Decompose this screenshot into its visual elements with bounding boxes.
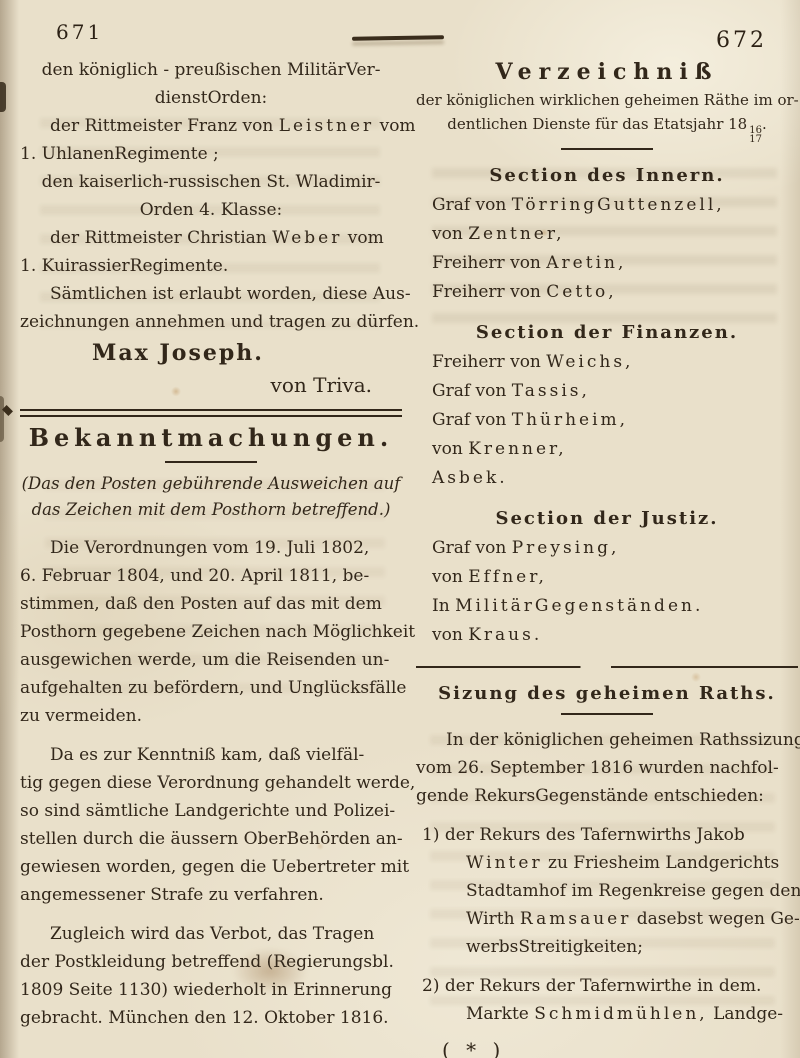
text-segment: 6. Februar 1804, und 20. April 1811, be- <box>20 566 369 586</box>
text-line: Freiherr von Cetto, <box>416 278 798 307</box>
text-line: Freiherr von Aretin, <box>416 249 798 278</box>
text-segment: werbsStreitigkeiten; <box>466 937 643 957</box>
text-segment: den kaiserlich-russischen St. Wladimir- <box>42 172 381 192</box>
text-segment: zu vermeiden. <box>20 706 142 726</box>
letterspaced-name: Thürheim, <box>512 410 628 430</box>
text-segment: In der königlichen geheimen Rathssizung <box>446 730 800 750</box>
text-segment: ( * ) <box>442 1038 505 1058</box>
text-segment: Zugleich wird das Verbot, das Tragen <box>50 924 374 944</box>
letterspaced-name: Section der Finanzen. <box>476 322 738 343</box>
section-heading-sizung: Sizung des geheimen Raths. <box>416 679 798 709</box>
text-segment: vom <box>342 228 383 248</box>
text-line: Asbek. <box>416 464 798 493</box>
text-segment: zu Friesheim Landgerichts <box>543 853 780 873</box>
text-segment: Stadtamhof im Regenkreise gegen den <box>466 881 800 901</box>
text-line: 1. UhlanenRegimente ; <box>20 140 402 168</box>
text-line: Graf von Tassis, <box>416 377 798 406</box>
text-line: In der königlichen geheimen Rathssizung <box>416 726 798 754</box>
text-segment: Wirth <box>466 909 520 929</box>
list-item-2: 2) der Rekurs der Tafernwirthe in dem. <box>416 972 798 1000</box>
text-line: Stadtamhof im Regenkreise gegen den <box>416 877 798 905</box>
text-line: von Krenner, <box>416 435 798 464</box>
signature-von-triva: von Triva. <box>20 370 402 400</box>
letterspaced-name: Zentner, <box>468 224 564 244</box>
text-line: Graf von TörringGuttenzell, <box>416 191 798 220</box>
text-segment: der Rittmeister Christian <box>50 228 272 248</box>
letterspaced-name: Schmidmühlen, <box>534 1004 707 1024</box>
letterspaced-name: Leistner <box>279 116 374 136</box>
signature-max-joseph: Max Joseph. <box>20 336 402 370</box>
scanned-gazette-page: 671 672 den königlich - preußischen Mili… <box>0 0 800 1058</box>
text-line: so sind sämtliche Landgerichte und Poliz… <box>20 797 402 825</box>
text-line: Die Verordnungen vom 19. Juli 1802, <box>20 534 402 562</box>
text-line: Zugleich wird das Verbot, das Tragen <box>20 920 402 948</box>
text-segment: 1. UhlanenRegimente ; <box>20 144 219 164</box>
letterspaced-name: Tassis, <box>512 381 590 401</box>
text-line: Winter zu Friesheim Landgerichts <box>416 849 798 877</box>
stacked-fraction: 1617 <box>749 126 762 144</box>
text-line: der königlichen wirklichen geheimen Räth… <box>416 88 798 112</box>
letterspaced-name: Sizung des geheimen Raths. <box>438 683 776 704</box>
text-line: das Zeichen mit dem Posthorn betreffend.… <box>20 497 402 523</box>
text-line: Graf von Preysing, <box>416 534 798 563</box>
text-segment: 2) <box>422 976 445 996</box>
text-segment: Orden 4. Klasse: <box>140 200 283 220</box>
letterspaced-name: Effner, <box>468 567 547 587</box>
text-line: Graf von Thürheim, <box>416 406 798 435</box>
text-line: von Zentner, <box>416 220 798 249</box>
text-segment: ausgewichen werde, um die Reisenden un- <box>20 650 389 670</box>
text-line: 6. Februar 1804, und 20. April 1811, be- <box>20 562 402 590</box>
letterspaced-name: Asbek. <box>432 468 508 488</box>
letterspaced-name: Kraus. <box>468 625 542 645</box>
text-segment: der Rekurs des Tafernwirths Jakob <box>445 825 745 845</box>
text-segment: In <box>432 596 455 616</box>
letterspaced-name: Preysing, <box>512 538 620 558</box>
letterspaced-name: Weber <box>272 228 342 248</box>
letterspaced-name: TörringGuttenzell, <box>512 195 725 215</box>
two-column-layout: den königlich - preußischen MilitärVer-d… <box>20 56 798 1058</box>
text-line: gende RekursGegenstände entschieden: <box>416 782 798 810</box>
text-line: von Effner, <box>416 563 798 592</box>
scan-edge-mark <box>0 396 4 442</box>
text-line: gebracht. München den 12. Oktober 1816. <box>20 1004 402 1032</box>
text-line: Freiherr von Weichs, <box>416 348 798 377</box>
text-line: dentlichen Dienste für das Etatsjahr 181… <box>416 112 798 144</box>
text-segment: Graf von <box>432 538 512 558</box>
text-segment: aufgehalten zu befördern, und Unglücksfä… <box>20 678 406 698</box>
text-line: Da es zur Kenntniß kam, daß vielfäl- <box>20 741 402 769</box>
text-line: der Postkleidung betreffend (Regierungsb… <box>20 948 402 976</box>
letterspaced-name: Winter <box>466 853 543 873</box>
text-segment: Landge- <box>708 1004 783 1024</box>
short-rule <box>561 713 653 715</box>
text-segment: (Das den Posten gebührende Ausweichen au… <box>22 474 401 493</box>
text-segment: . <box>762 115 767 133</box>
section-heading-verzeichniss: Verzeichniß <box>416 56 798 88</box>
text-segment: zeichnungen annehmen und tragen zu dürfe… <box>20 312 419 332</box>
text-segment: Die Verordnungen vom 19. Juli 1802, <box>50 538 369 558</box>
text-line: zu vermeiden. <box>20 702 402 730</box>
text-line: ausgewichen werde, um die Reisenden un- <box>20 646 402 674</box>
text-segment: Markte <box>466 1004 534 1024</box>
page-number-right: 672 <box>716 28 767 53</box>
letterspaced-name: Cetto, <box>546 282 616 302</box>
section-heading-innern: Section des Innern. <box>416 161 798 191</box>
text-segment: der Postkleidung betreffend (Regierungsb… <box>20 952 394 972</box>
short-rule <box>165 461 257 463</box>
text-segment: den königlich - preußischen MilitärVer- <box>42 60 381 80</box>
right-column: Verzeichnißder königlichen wirklichen ge… <box>416 56 798 1058</box>
text-line: (Das den Posten gebührende Ausweichen au… <box>20 471 402 497</box>
text-segment: von <box>432 224 468 244</box>
text-line: der Rittmeister Franz von Leistner vom <box>20 112 402 140</box>
scan-edge-mark <box>0 82 6 112</box>
text-line: stimmen, daß den Posten auf das mit dem <box>20 590 402 618</box>
text-segment: der königlichen wirklichen geheimen Räth… <box>416 91 799 109</box>
text-segment: 1) <box>422 825 445 845</box>
double-rule <box>20 409 402 417</box>
text-segment: von Triva. <box>271 373 372 397</box>
text-segment: vom 26. September 1816 wurden nachfol- <box>416 758 779 778</box>
text-line: tig gegen diese Verordnung gehandelt wer… <box>20 769 402 797</box>
text-segment: von <box>432 567 468 587</box>
text-segment: Graf von <box>432 410 512 430</box>
text-line: gewiesen worden, gegen die Uebertreter m… <box>20 853 402 881</box>
text-segment: Graf von <box>432 195 512 215</box>
list-item-1: 1) der Rekurs des Tafernwirths Jakob <box>416 821 798 849</box>
short-rule <box>561 148 653 150</box>
text-segment: das Zeichen mit dem Posthorn betreffend.… <box>32 500 391 519</box>
signature-mark: ( * ) <box>416 1036 798 1058</box>
letterspaced-name: Krenner, <box>468 439 567 459</box>
text-line: Posthorn gegebene Zeichen nach Möglichke… <box>20 618 402 646</box>
text-line: den kaiserlich-russischen St. Wladimir- <box>20 168 402 196</box>
text-segment: Freiherr von <box>432 282 546 302</box>
text-segment: tig gegen diese Verordnung gehandelt wer… <box>20 773 415 793</box>
letterspaced-name: MilitärGegenständen. <box>455 596 703 616</box>
long-rule <box>416 666 798 668</box>
text-segment: vom <box>374 116 415 136</box>
text-segment: Posthorn gegebene Zeichen nach Möglichke… <box>20 622 415 642</box>
text-segment: angemessener Strafe zu verfahren. <box>20 885 324 905</box>
text-segment: Graf von <box>432 381 512 401</box>
text-line: dienstOrden: <box>20 84 402 112</box>
text-line: In MilitärGegenständen. <box>416 592 798 621</box>
text-segment: stellen durch die äussern OberBehörden a… <box>20 829 403 849</box>
text-segment: Freiherr von <box>432 352 546 372</box>
text-line: 1809 Seite 1130) wiederholt in Erinnerun… <box>20 976 402 1004</box>
text-line: 1. KuirassierRegimente. <box>20 252 402 280</box>
text-segment: der Rittmeister Franz von <box>50 116 279 136</box>
letterspaced-name: Section der Justiz. <box>495 508 718 529</box>
text-segment: so sind sämtliche Landgerichte und Poliz… <box>20 801 395 821</box>
letterspaced-name: Verzeichniß <box>496 59 719 85</box>
text-segment: Freiherr von <box>432 253 546 273</box>
text-segment: gende RekursGegenstände entschieden: <box>416 786 764 806</box>
section-heading-finanzen: Section der Finanzen. <box>416 318 798 348</box>
letterspaced-name: Weichs, <box>546 352 633 372</box>
letterspaced-name: Bekanntmachungen. <box>29 423 393 452</box>
text-segment: dentlichen Dienste für das Etatsjahr 18 <box>447 115 747 133</box>
section-heading-bekanntmachungen: Bekanntmachungen. <box>20 419 402 457</box>
text-line: werbsStreitigkeiten; <box>416 933 798 961</box>
text-line: aufgehalten zu befördern, und Unglücksfä… <box>20 674 402 702</box>
text-segment: gebracht. München den 12. Oktober 1816. <box>20 1008 389 1028</box>
text-line: von Kraus. <box>416 621 798 650</box>
text-segment: dienstOrden: <box>155 88 268 108</box>
text-segment: gewiesen worden, gegen die Uebertreter m… <box>20 857 409 877</box>
text-line: Sämtlichen ist erlaubt worden, diese Aus… <box>20 280 402 308</box>
text-segment: von <box>432 625 468 645</box>
text-line: angemessener Strafe zu verfahren. <box>20 881 402 909</box>
page-number-left: 671 <box>56 20 103 44</box>
letterspaced-name: Max Joseph. <box>92 340 264 366</box>
text-line: vom 26. September 1816 wurden nachfol- <box>416 754 798 782</box>
text-segment: 1. KuirassierRegimente. <box>20 256 228 276</box>
text-line: den königlich - preußischen MilitärVer- <box>20 56 402 84</box>
letterspaced-name: Aretin, <box>546 253 626 273</box>
text-segment: der Rekurs der Tafernwirthe in dem. <box>445 976 762 996</box>
text-line: Wirth Ramsauer dasebst wegen Ge- <box>416 905 798 933</box>
text-line: zeichnungen annehmen und tragen zu dürfe… <box>20 308 402 336</box>
left-column: den königlich - preußischen MilitärVer-d… <box>20 56 402 1058</box>
text-line: stellen durch die äussern OberBehörden a… <box>20 825 402 853</box>
text-line: der Rittmeister Christian Weber vom <box>20 224 402 252</box>
letterspaced-name: Ramsauer <box>520 909 631 929</box>
text-segment: 1809 Seite 1130) wiederholt in Erinnerun… <box>20 980 392 1000</box>
text-segment: stimmen, daß den Posten auf das mit dem <box>20 594 382 614</box>
text-line: Markte Schmidmühlen, Landge- <box>416 1000 798 1028</box>
text-line: Orden 4. Klasse: <box>20 196 402 224</box>
header-rule <box>352 35 444 41</box>
section-heading-justiz: Section der Justiz. <box>416 504 798 534</box>
text-segment: Da es zur Kenntniß kam, daß vielfäl- <box>50 745 364 765</box>
text-segment: von <box>432 439 468 459</box>
letterspaced-name: Section des Innern. <box>489 165 724 186</box>
text-segment: dasebst wegen Ge- <box>631 909 799 929</box>
text-segment: Sämtlichen ist erlaubt worden, diese Aus… <box>50 284 411 304</box>
